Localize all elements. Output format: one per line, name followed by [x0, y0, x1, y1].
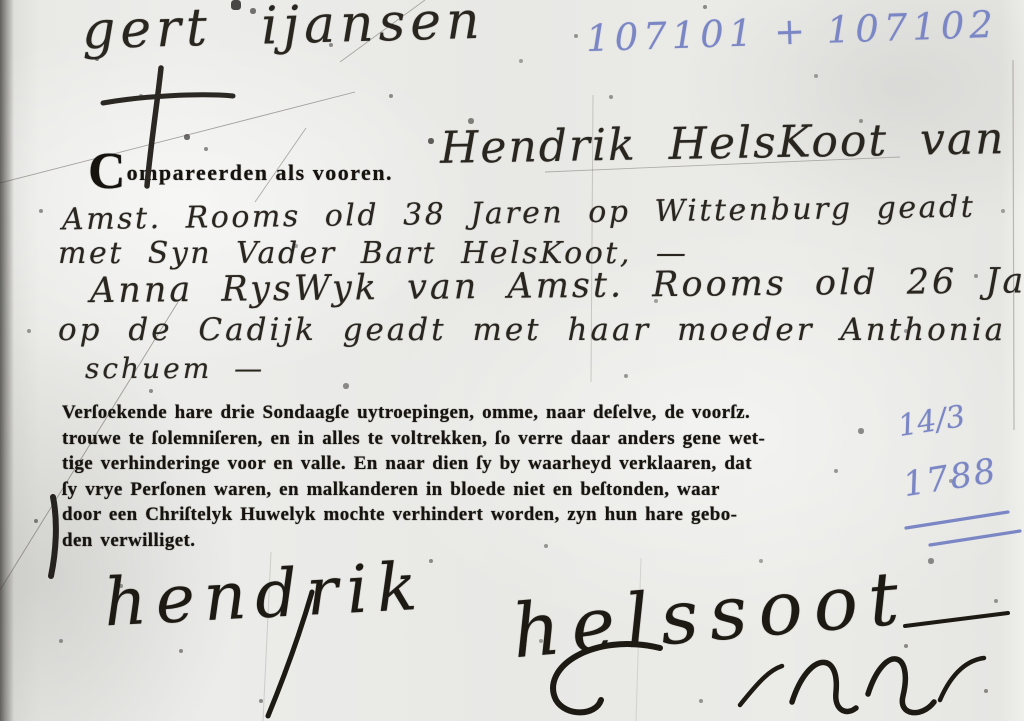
handwriting-bride-mother-surname: schuem — [85, 352, 265, 385]
handwritten-name-gert-jansen: gert ijansen [81, 0, 485, 61]
paragraph-line: door een Chriſtelyk Huwelyk mochte verhi… [62, 502, 912, 528]
stray-ink-stroke [51, 497, 56, 576]
scanned-marriage-banns-document: gert ijansen 107101 + 107102 Compareerde… [0, 0, 1024, 721]
signature-hendrik: hendrik [102, 548, 428, 642]
paper-speckles [0, 0, 2, 2]
handwriting-bride-details: op de Cadijk geadt met haar moeder Antho… [58, 312, 1006, 348]
paragraph-line: ſy vrye Perſonen waren, en malkanderen i… [62, 477, 912, 503]
date-annotation-year: 1788 [900, 451, 1000, 505]
signature-trailing-dash [905, 613, 1008, 626]
year-double-underline [906, 512, 1020, 545]
paragraph-line: trouwe te ſolemniſeren, en in alles te v… [62, 426, 912, 452]
paragraph-line: den verwilliget. [62, 528, 912, 554]
signature-helsloot: helssoot [509, 555, 913, 675]
printed-intro-text: ompareerden als vooren. [127, 160, 394, 185]
printed-initial-capital: C [88, 143, 127, 200]
printed-intro-line: Compareerden als vooren. [88, 146, 393, 198]
paragraph-line: tige verhinderinge voor en valle. En naa… [62, 451, 912, 477]
scan-edge-shadow [0, 0, 14, 721]
handwriting-groom-name: Hendrik HelsKoot van [440, 113, 1006, 174]
paragraph-line: Verſoekende hare drie Sondaagſe uytroepi… [62, 400, 912, 426]
archive-reference-numbers: 107101 + 107102 [585, 3, 998, 60]
printed-banns-paragraph: Verſoekende hare drie Sondaagſe uytroepi… [62, 400, 912, 553]
